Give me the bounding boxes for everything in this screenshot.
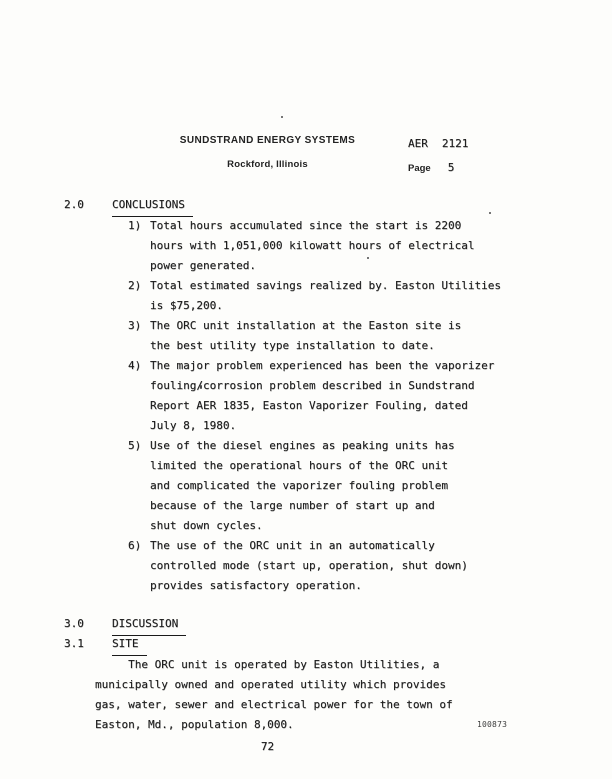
- company-location: Rockford, Illinois: [160, 159, 375, 170]
- section-title: DISCUSSION: [112, 614, 186, 636]
- list-item-text: Total estimated savings realized by. Eas…: [150, 276, 501, 316]
- page-label: Page: [408, 163, 431, 174]
- report-number: AER 2121: [408, 134, 468, 154]
- report-number-label: AER: [408, 134, 428, 154]
- section-heading-discussion: 3.0 DISCUSSION: [0, 614, 612, 634]
- list-item-number: 3): [128, 316, 150, 356]
- page-number: 72: [160, 737, 375, 757]
- list-item: 3) The ORC unit installation at the East…: [128, 316, 501, 356]
- list-item-text: Total hours accumulated since the start …: [150, 216, 475, 276]
- list-item-number: 1): [128, 216, 150, 276]
- list-item-text: The use of the ORC unit in an automatica…: [150, 536, 468, 596]
- section-heading-site: 3.1 SITE: [0, 634, 612, 654]
- scan-speck: [489, 212, 491, 214]
- list-item-number: 6): [128, 536, 150, 596]
- scan-speck: [367, 257, 369, 259]
- list-item: 1) Total hours accumulated since the sta…: [128, 216, 501, 276]
- report-number-value: 2121: [442, 134, 469, 154]
- page-value: 5: [448, 158, 455, 178]
- list-item-text: Use of the diesel engines as peaking uni…: [150, 436, 455, 536]
- section-heading-conclusions: 2.0 CONCLUSIONS: [0, 195, 612, 215]
- conclusions-list: 1) Total hours accumulated since the sta…: [128, 216, 501, 596]
- section-number: 3.1: [64, 634, 84, 654]
- company-name: SUNDSTRAND ENERGY SYSTEMS: [160, 135, 375, 146]
- site-paragraph: The ORC unit is operated by Easton Utili…: [95, 655, 453, 735]
- list-item-number: 2): [128, 276, 150, 316]
- document-page: SUNDSTRAND ENERGY SYSTEMS Rockford, Illi…: [0, 0, 612, 779]
- list-item-text: The ORC unit installation at the Easton …: [150, 316, 461, 356]
- section-number: 2.0: [64, 195, 84, 215]
- scan-speck: [281, 116, 283, 118]
- section-title: SITE: [112, 634, 147, 656]
- page-indicator: Page 5: [408, 158, 454, 178]
- list-item: 4) The major problem experienced has bee…: [128, 356, 501, 436]
- section-title: CONCLUSIONS: [112, 195, 193, 217]
- scan-speck: [200, 385, 202, 389]
- list-item: 6) The use of the ORC unit in an automat…: [128, 536, 501, 596]
- list-item: 2) Total estimated savings realized by. …: [128, 276, 501, 316]
- list-item-number: 5): [128, 436, 150, 536]
- list-item-number: 4): [128, 356, 150, 436]
- list-item: 5) Use of the diesel engines as peaking …: [128, 436, 501, 536]
- list-item-text: The major problem experienced has been t…: [150, 356, 494, 436]
- document-stamp: 100873: [477, 720, 507, 729]
- section-number: 3.0: [64, 614, 84, 634]
